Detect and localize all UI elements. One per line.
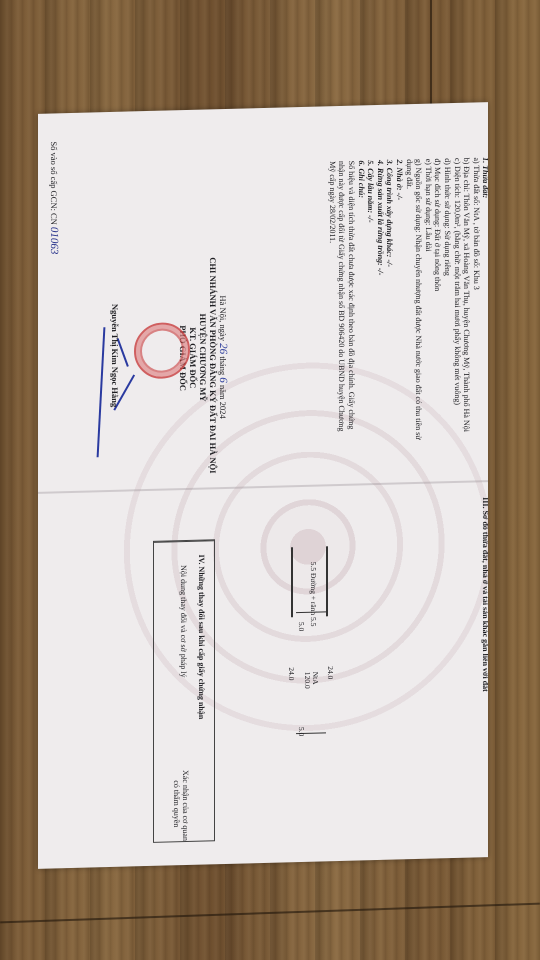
- notes-line-1: Số hiệu và diện tích thửa đất chưa được …: [347, 161, 357, 442]
- right-edge-length: 24.0: [326, 666, 335, 679]
- perennial-trees: 5. Cây lâu năm: -/-: [366, 160, 376, 441]
- bottom-edge-length: 5.0: [297, 727, 306, 737]
- production-forest: 4. Rừng sản xuất là rừng trồng: -/-: [375, 160, 385, 441]
- section-iv-col-confirm-2: có thẩm quyền: [172, 780, 181, 827]
- issuing-org: CHI NHÁNH VĂN PHÒNG ĐĂNG KÝ ĐẤT ĐAI HÀ N…: [208, 257, 218, 457]
- registry-number: Số vào sổ cấp GCN: CN 01063: [48, 141, 60, 254]
- notes-line-3: Mỹ cấp ngày 28/02/2011.: [327, 161, 337, 442]
- road-edge: [326, 546, 328, 616]
- top-edge-length: 5.0: [297, 622, 306, 632]
- land-heading: 1. Thửa đất:: [481, 157, 488, 438]
- section-iv-title: IV. Những thay đổi sau khi cấp giấy chứn…: [197, 554, 206, 719]
- parcel-number: a) Thửa đất số: NtA , tờ bản đồ số: Khu …: [471, 157, 481, 438]
- left-edge-length: 24.0: [287, 667, 296, 680]
- signature-mark: [97, 327, 106, 457]
- section-iv-col-changes: Nội dung thay đổi và cơ sở pháp lý: [179, 565, 188, 678]
- usage-origin: g) Nguồn gốc sử dụng: Nhận chuyển nhượng…: [414, 159, 424, 440]
- usage-form: d) Hình thức sử dụng: Sử dụng riêng: [442, 158, 452, 439]
- road-edge: [291, 547, 293, 617]
- signer-name: Nguyễn Thị Kim Ngọc Hằng: [110, 304, 120, 408]
- section-iii-title: III. Sơ đồ thửa đất, nhà ở và tài sản kh…: [481, 497, 488, 692]
- table-plank-seam: [0, 903, 540, 923]
- other-works: 3. Công trình xây dựng khác: -/-: [385, 160, 395, 441]
- usage-origin-cont: dụng đất.: [404, 159, 414, 440]
- handwritten-registry-number: 01063: [48, 227, 60, 255]
- house: 2. Nhà ở: -/-: [394, 159, 404, 440]
- land-certificate-page: II. Thửa đất, nhà ở và tài sản khác gắn …: [38, 102, 488, 869]
- notes-heading: 6. Ghi chú:: [356, 160, 366, 441]
- handwritten-day: 26: [217, 343, 229, 354]
- address: b) Địa chỉ: Thôn Văn Mỹ, xã Hoàng Văn Th…: [462, 158, 472, 439]
- table-plank-seam: [430, 0, 432, 110]
- issuing-org-district: HUYỆN CHƯƠNG MỸ: [198, 257, 208, 457]
- date-line: Hà Nội, ngày 26 tháng 6 năm 2024: [218, 257, 228, 457]
- section-ii: II. Thửa đất, nhà ở và tài sản khác gắn …: [327, 157, 488, 442]
- notes-line-2: nhận này được cấp đổi từ Giấy chứng nhận…: [337, 161, 347, 442]
- area: c) Diện tích: 120,0m², (bằng chữ: một tr…: [452, 158, 462, 439]
- usage-term: e) Thời hạn sử dụng: Lâu dài: [423, 159, 433, 440]
- parcel-id: NtA: [311, 672, 320, 685]
- usage-purpose: đ) Mục đích sử dụng: Đất ở tại nông thôn: [433, 158, 443, 439]
- signer-role-1: KT. GIÁM ĐỐC: [188, 258, 198, 458]
- section-iv-col-confirm: Xác nhận của cơ quan: [181, 770, 190, 841]
- parcel-area: 120.0: [303, 672, 312, 689]
